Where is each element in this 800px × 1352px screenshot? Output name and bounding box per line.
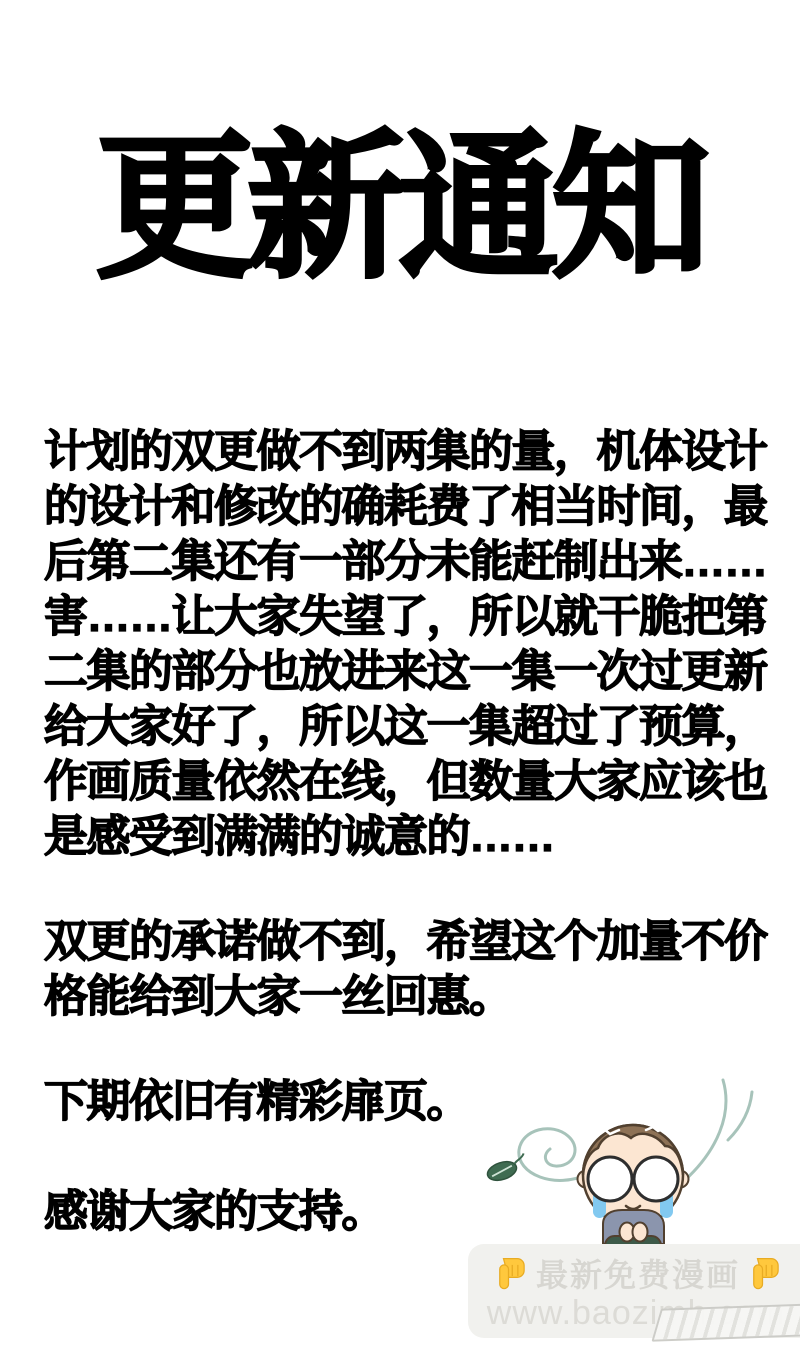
- watermark-row-1: 最新免费漫画: [468, 1252, 800, 1294]
- leaf-icon: [485, 1153, 530, 1183]
- crying-boy-illustration: [470, 1078, 800, 1270]
- notice-paragraph-1: 计划的双更做不到两集的量，机体设计 的设计和修改的确耗费了相当时间，最 后第二集…: [44, 424, 776, 864]
- notice-paragraph-2: 双更的承诺做不到，希望这个加量不价 格能给到大家一丝回惠。: [44, 914, 776, 1024]
- pointing-down-hand-icon-left: [496, 1256, 526, 1290]
- update-notice-page: 更新通知 计划的双更做不到两集的量，机体设计 的设计和修改的确耗费了相当时间，最…: [0, 0, 800, 1352]
- watermark-text: 最新免费漫画: [536, 1250, 740, 1296]
- pointing-down-hand-icon-right: [750, 1256, 780, 1290]
- page-title: 更新通知: [0, 126, 800, 292]
- hands: [620, 1223, 648, 1242]
- glitch-logo: [651, 1303, 800, 1341]
